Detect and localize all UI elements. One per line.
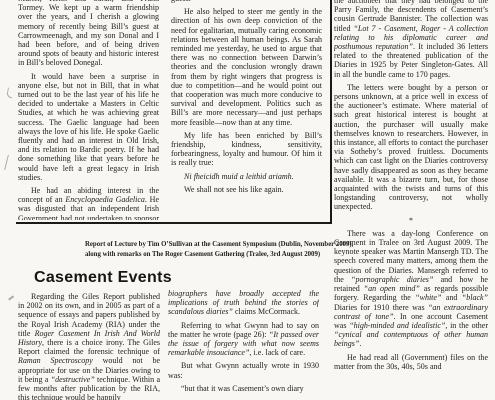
article-left-column: Regarding the Giles Report published in … [18,292,160,400]
obituary-box-bottom-border [16,222,332,224]
paragraph: the auctioneer that they had belonged to… [334,0,488,79]
obituary-left-column: Muriel, Keith and Sarah; and Frank Torme… [18,0,159,220]
paragraph: The letters were bought by a person or p… [334,83,488,212]
paragraph: But what Gwynn actually wrote in 1930 wa… [168,361,319,379]
paragraph: He had an abiding interest in the concep… [18,186,159,220]
paragraph: Muriel, Keith and Sarah; and Frank Torme… [18,0,159,68]
paragraph: biographers have broadly accepted the im… [168,289,319,317]
paragraph: * [334,216,488,225]
right-column: the auctioneer that they had belonged to… [334,0,488,400]
margin-mark-icon [3,155,9,170]
paragraph: He had read all (Government) files on th… [334,353,488,371]
paragraph: guess. [171,0,322,3]
obituary-box-right-border [330,0,332,224]
paragraph: There was a day-long Conference on Casem… [334,229,488,349]
margin-mark-icon [8,295,14,300]
article-middle-column: biographers have broadly accepted the im… [168,289,319,400]
paragraph: Referring to what Gwynn had to say on th… [168,321,319,358]
paragraph: We shall not see his like again. [171,185,322,194]
paragraph: Regarding the Giles Report published in … [18,292,160,400]
scanned-journal-page: Muriel, Keith and Sarah; and Frank Torme… [0,0,495,400]
paragraph: He also helped to steer me gently in the… [171,7,322,127]
article-heading: Casement Events [34,269,172,287]
paragraph: Ni fheicidh muid a leithid ariamh. [171,172,322,181]
paragraph: “but that it was Casement’s own diary [168,384,319,393]
obituary-middle-column: guess.He also helped to steer me gently … [171,0,322,220]
paragraph: It would have been a surprise in anyone … [18,72,159,182]
paragraph: My life has been enriched by Bill’s frie… [171,131,322,168]
margin-mark-icon [6,88,14,99]
